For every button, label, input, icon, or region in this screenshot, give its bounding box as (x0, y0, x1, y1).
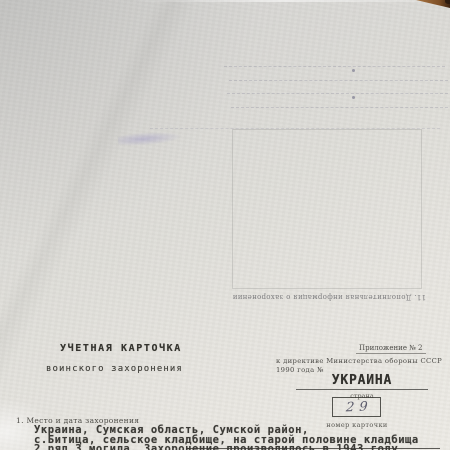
bleedthrough-box-outline (232, 129, 422, 289)
appendix-note-line-2: к директиве Министерства обороны СССР (276, 357, 434, 365)
card-number-label: номер карточки (308, 421, 406, 429)
typed-underline (186, 448, 440, 449)
card-number-value: 29 (340, 399, 373, 415)
bleedthrough-line (224, 66, 445, 67)
ink-smudge (118, 130, 183, 147)
country-field-value: УКРАИНА (296, 373, 428, 390)
bleedthrough-dot (352, 69, 355, 72)
card-subtitle: воинского захоронения (46, 364, 183, 374)
scanned-burial-card: 11. Дополнительная информация о захороне… (0, 0, 450, 450)
bleedthrough-line (227, 93, 448, 94)
card-number-box: 29 (332, 397, 381, 417)
appendix-number: Приложение № 2 (356, 344, 426, 354)
card-title: УЧЕТНАЯ КАРТОЧКА (60, 343, 182, 354)
paper-top-edge (130, 0, 430, 2)
bleedthrough-line (231, 107, 448, 108)
bleedthrough-dot (352, 96, 355, 99)
torn-corner-dark-spot (445, 0, 450, 4)
bleedthrough-reversed-text: 11. Дополнительная информация о захороне… (208, 293, 426, 301)
bleedthrough-line (229, 80, 448, 81)
